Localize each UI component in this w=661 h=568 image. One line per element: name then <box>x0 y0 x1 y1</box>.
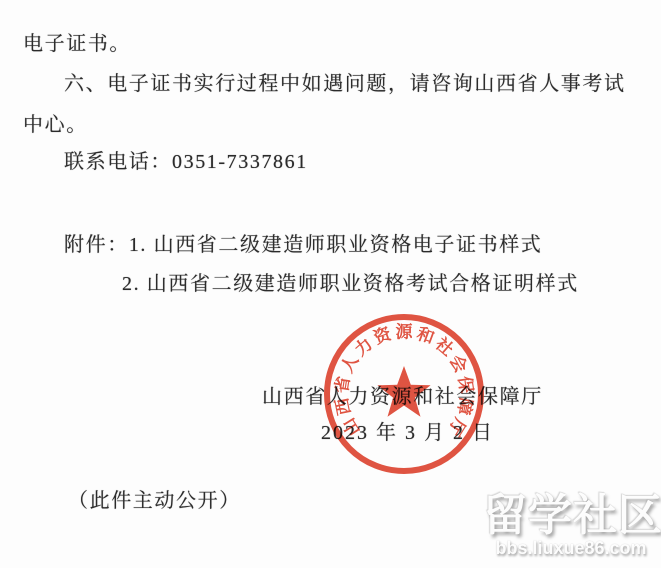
seal-char: 西 <box>332 396 354 416</box>
seal-char: 和 <box>414 324 437 348</box>
seal-char: 源 <box>396 322 414 342</box>
item-six-line1: 六、电子证书实行过程中如遇问题，请咨询山西省人事考试 <box>64 71 626 97</box>
watermark-site-name: 留学社区 <box>483 492 659 540</box>
official-seal-stamp-icon: 山西省人力资源和社会保障厅 <box>309 299 499 489</box>
seal-char: 障 <box>454 396 477 417</box>
seal-star-icon <box>377 366 430 417</box>
seal-char: 保 <box>455 375 477 395</box>
attachment-label: 附件： <box>64 234 129 256</box>
attachment-line-1: 附件：1. 山西省二级建造师职业资格电子证书样式 <box>64 232 542 258</box>
watermark: 留学社区 bbs.liuxue86.com <box>483 492 659 558</box>
disclosure-note: （此件主动公开） <box>68 488 241 514</box>
seal-char: 省 <box>331 375 353 395</box>
contact-phone-line: 联系电话：0351-7337861 <box>64 149 308 175</box>
attachment-item-1: 1. 山西省二级建造师职业资格电子证书样式 <box>129 234 543 256</box>
scanned-document-page: 电子证书。 六、电子证书实行过程中如遇问题，请咨询山西省人事考试 中心。 联系电… <box>0 0 661 568</box>
item-six-line2: 中心。 <box>23 112 88 138</box>
attachment-item-2: 2. 山西省二级建造师职业资格考试合格证明样式 <box>122 273 579 295</box>
watermark-site-url: bbs.liuxue86.com <box>483 538 659 558</box>
seal-char: 资 <box>371 323 395 348</box>
paragraph-end-line: 电子证书。 <box>23 31 131 57</box>
attachment-line-2: 2. 山西省二级建造师职业资格考试合格证明样式 <box>122 271 579 297</box>
